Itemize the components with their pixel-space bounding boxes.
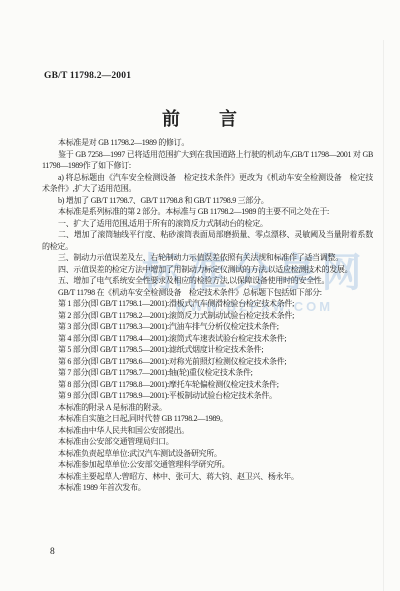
foreword-paragraph: 本标准是对 GB 11798.2—1989 的修订。 bbox=[42, 137, 373, 149]
foreword-paragraph: 鉴于 GB 7258—1997 已将适用范围扩大到在我国道路上行驶的机动车,GB… bbox=[42, 149, 373, 172]
foreword-paragraph: 本标准的附录 A 是标准的附录。 bbox=[42, 402, 373, 414]
foreword-body: 本标准是对 GB 11798.2—1989 的修订。鉴于 GB 7258—199… bbox=[42, 137, 373, 494]
foreword-paragraph: 第 8 部分(即 GB/T 11798.8—2001):摩托车轮偏检测仪检定技术… bbox=[42, 379, 373, 391]
page-title: 前 言 bbox=[0, 105, 400, 131]
foreword-paragraph: 第 3 部分(即 GB/T 11798.3—2001):汽油车排气分析仪检定技术… bbox=[42, 321, 373, 333]
foreword-paragraph: 二、增加了滚筒轴线平行度、粘砂滚筒表面局部磨损量、零点漂移、灵敏阈及当量附着系数… bbox=[42, 229, 373, 252]
foreword-paragraph: 第 4 部分(即 GB/T 11798.4—2001):滚筒式车速表试验台检定技… bbox=[42, 333, 373, 345]
foreword-paragraph: 三、制动力示值误差及左、右轮制动力示值误差依照有关法规和标准作了适当调整。 bbox=[42, 252, 373, 264]
foreword-paragraph: 本标准是系列标准的第 2 部分。本标准与 GB 11798.2—1989 的主要… bbox=[42, 206, 373, 218]
foreword-paragraph: 本标准由中华人民共和国公安部提出。 bbox=[42, 425, 373, 437]
foreword-paragraph: b) 增加了 GB/T 11798.7、GB/T 11798.8 和 GB/T … bbox=[42, 195, 373, 207]
document-page: GB/T 11798.2—2001 前 言 标准分享网 WWW.BZFXW.CO… bbox=[0, 0, 400, 591]
foreword-paragraph: 本标准 1989 年首次发布。 bbox=[42, 482, 373, 494]
foreword-paragraph: 本标准参加起草单位:公安部交通管理科学研究所。 bbox=[42, 459, 373, 471]
foreword-paragraph: 五、增加了电气系统安全性要求及相应的检验方法,以保障设备使用时的安全性。 bbox=[42, 275, 373, 287]
foreword-paragraph: 第 7 部分(即 GB/T 11798.7—2001):轴(轮)重仪检定技术条件… bbox=[42, 367, 373, 379]
foreword-paragraph: 本标准由公安部交通管理局归口。 bbox=[42, 436, 373, 448]
page-number: 8 bbox=[50, 547, 55, 557]
foreword-paragraph: 一、扩大了适用范围,适用于所有的滚筒反力式制动台的检定。 bbox=[42, 218, 373, 230]
foreword-paragraph: 第 5 部分(即 GB/T 11798.5—2001):滤纸式烟度计检定技术条件… bbox=[42, 344, 373, 356]
foreword-paragraph: 第 6 部分(即 GB/T 11798.6—2001):对称光前照灯检测仪检定技… bbox=[42, 356, 373, 368]
foreword-paragraph: 第 9 部分(即 GB/T 11798.9—2001):平板制动试验台检定技术条… bbox=[42, 390, 373, 402]
foreword-paragraph: 本标准主要起草人:曾昭方、林中、张可大、蒋大钧、赵卫兴、杨永年。 bbox=[42, 471, 373, 483]
foreword-paragraph: 本标准自实施之日起,同时代替 GB 11798.2—1989。 bbox=[42, 413, 373, 425]
foreword-paragraph: 第 2 部分(即 GB/T 11798.2—2001):滚筒反力式制动试验台检定… bbox=[42, 310, 373, 322]
foreword-paragraph: a) 将总标题由《汽车安全检测设备 检定技术条件》更改为《机动车安全检测设备 检… bbox=[42, 172, 373, 195]
foreword-paragraph: 四、示值误差的检定方法中增加了用制动力标定仪测试的方法,以适应检测技术的发展。 bbox=[42, 264, 373, 276]
foreword-paragraph: 第 1 部分(即 GB/T 11798.1—2001):滑板式汽车侧滑检验台检定… bbox=[42, 298, 373, 310]
foreword-paragraph: GB/T 11798 在《机动车安全检测设备 检定技术条件》总标题下包括如下部分… bbox=[42, 287, 373, 299]
standard-code: GB/T 11798.2—2001 bbox=[44, 71, 131, 81]
foreword-paragraph: 本标准负责起草单位:武汉汽车测试设备研究所。 bbox=[42, 448, 373, 460]
